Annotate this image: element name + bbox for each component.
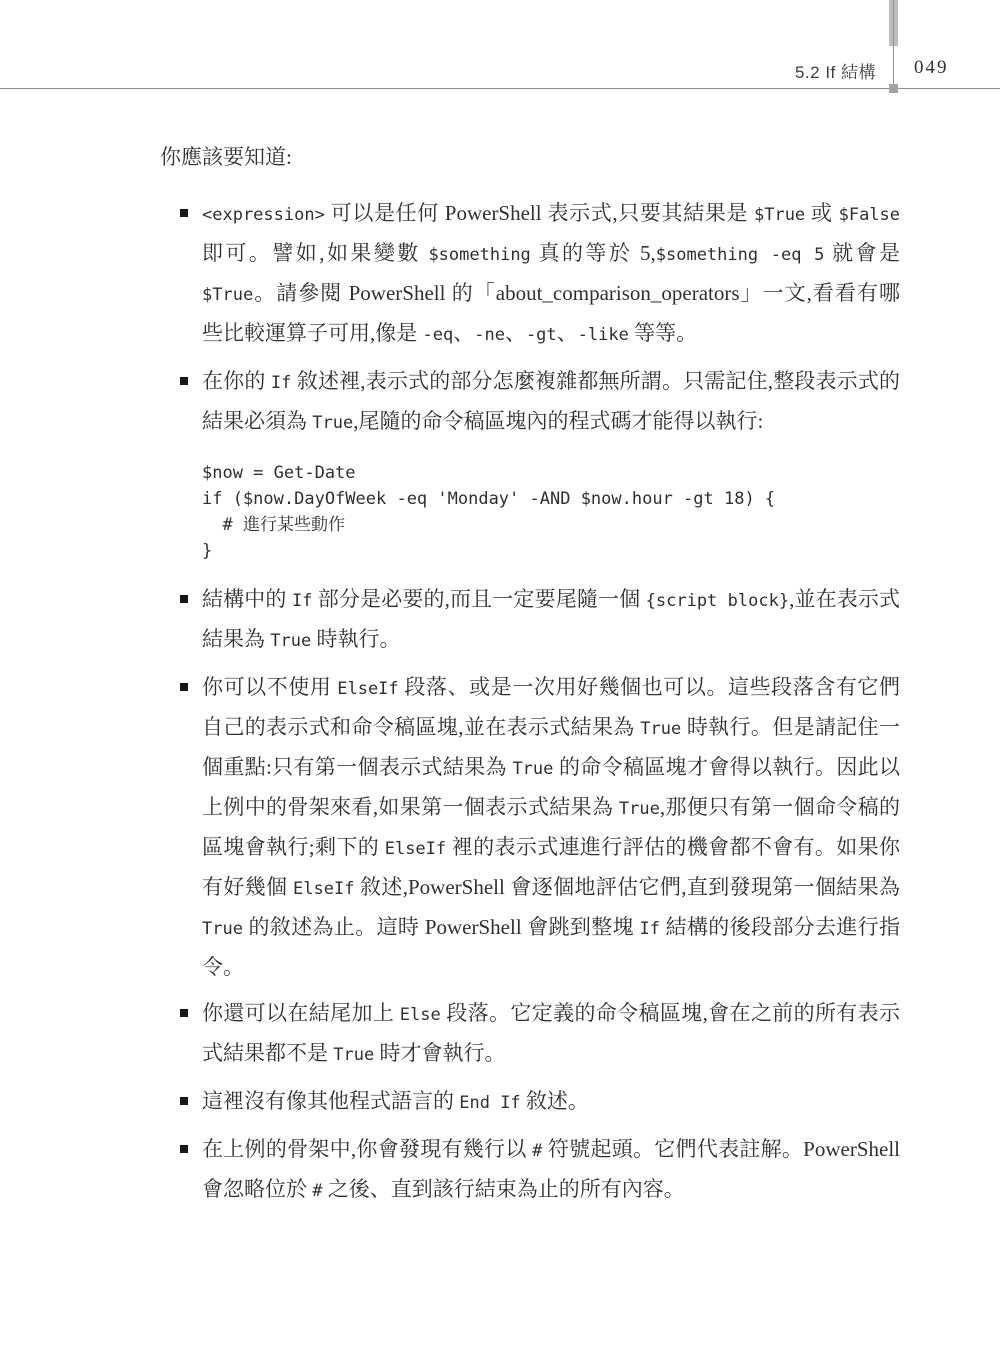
inline-code: End If — [459, 1093, 520, 1113]
page-number: 049 — [914, 57, 949, 79]
inline-code: # — [532, 1141, 542, 1161]
header-vertical-rule — [893, 0, 894, 88]
inline-code: True — [512, 759, 553, 779]
bullet-square-icon — [180, 683, 188, 691]
bullet-item: 結構中的 If 部分是必要的,而且一定要尾隨一個 {script block},… — [160, 580, 900, 660]
bullet-square-icon — [180, 1097, 188, 1105]
header-rule-node — [889, 84, 898, 93]
page-body: 你應該要知道: <expression> 可以是任何 PowerShell 表示… — [160, 138, 900, 1210]
inline-code: If — [640, 919, 660, 939]
bullet-text: 在你的 If 敘述裡,表示式的部分怎麼複雜都無所謂。只需記住,整段表示式的結果必… — [202, 362, 900, 442]
running-head: 5.2 If 結構 — [0, 58, 876, 83]
bullet-item: 你可以不使用 ElseIf 段落、或是一次用好幾個也可以。這些段落含有它們自己的… — [160, 668, 900, 986]
bullet-item: 在你的 If 敘述裡,表示式的部分怎麼複雜都無所謂。只需記住,整段表示式的結果必… — [160, 362, 900, 442]
bullet-text: 你還可以在結尾加上 Else 段落。它定義的命令稿區塊,會在之前的所有表示式結果… — [202, 994, 900, 1074]
intro-line: 你應該要知道: — [160, 138, 900, 176]
bullet-square-icon — [180, 1145, 188, 1153]
inline-code: If — [271, 373, 291, 393]
inline-code: -like — [578, 325, 629, 345]
inline-code: -eq — [423, 325, 454, 345]
inline-code: True — [640, 719, 681, 739]
header-rule — [0, 88, 1000, 89]
content-blocks: <expression> 可以是任何 PowerShell 表示式,只要其結果是… — [160, 194, 900, 1210]
inline-code: {script block} — [646, 591, 789, 611]
inline-code: $True — [202, 285, 253, 305]
inline-code: $True — [754, 205, 805, 225]
bullet-square-icon — [180, 209, 188, 217]
inline-code: $something -eq 5 — [656, 245, 825, 265]
inline-code: ElseIf — [293, 879, 354, 899]
inline-code: Else — [400, 1005, 441, 1025]
inline-code: If — [292, 591, 312, 611]
inline-code: <expression> — [202, 205, 325, 225]
inline-code: # — [312, 1181, 322, 1201]
inline-code: True — [312, 413, 353, 433]
bullet-text: 在上例的骨架中,你會發現有幾行以 # 符號起頭。它們代表註解。PowerShel… — [202, 1130, 900, 1210]
code-block: $now = Get-Date if ($now.DayOfWeek -eq '… — [202, 460, 900, 564]
bullet-text: <expression> 可以是任何 PowerShell 表示式,只要其結果是… — [202, 194, 900, 354]
bullet-text: 你可以不使用 ElseIf 段落、或是一次用好幾個也可以。這些段落含有它們自己的… — [202, 668, 900, 986]
inline-code: True — [333, 1045, 374, 1065]
bullet-item: 這裡沒有像其他程式語言的 End If 敘述。 — [160, 1082, 900, 1122]
inline-code: ElseIf — [385, 839, 446, 859]
bullet-square-icon — [180, 595, 188, 603]
inline-code: ElseIf — [337, 679, 398, 699]
inline-code: True — [270, 631, 311, 651]
inline-code: $False — [839, 205, 900, 225]
inline-code: True — [619, 799, 660, 819]
bullet-square-icon — [180, 377, 188, 385]
bullet-item: 你還可以在結尾加上 Else 段落。它定義的命令稿區塊,會在之前的所有表示式結果… — [160, 994, 900, 1074]
inline-code: True — [202, 919, 243, 939]
bullet-square-icon — [180, 1009, 188, 1017]
bullet-text: 這裡沒有像其他程式語言的 End If 敘述。 — [202, 1082, 900, 1122]
inline-code: -ne — [474, 325, 505, 345]
inline-code: -gt — [526, 325, 557, 345]
inline-code: $something — [428, 245, 530, 265]
bullet-item: <expression> 可以是任何 PowerShell 表示式,只要其結果是… — [160, 194, 900, 354]
bullet-item: 在上例的骨架中,你會發現有幾行以 # 符號起頭。它們代表註解。PowerShel… — [160, 1130, 900, 1210]
bullet-text: 結構中的 If 部分是必要的,而且一定要尾隨一個 {script block},… — [202, 580, 900, 660]
